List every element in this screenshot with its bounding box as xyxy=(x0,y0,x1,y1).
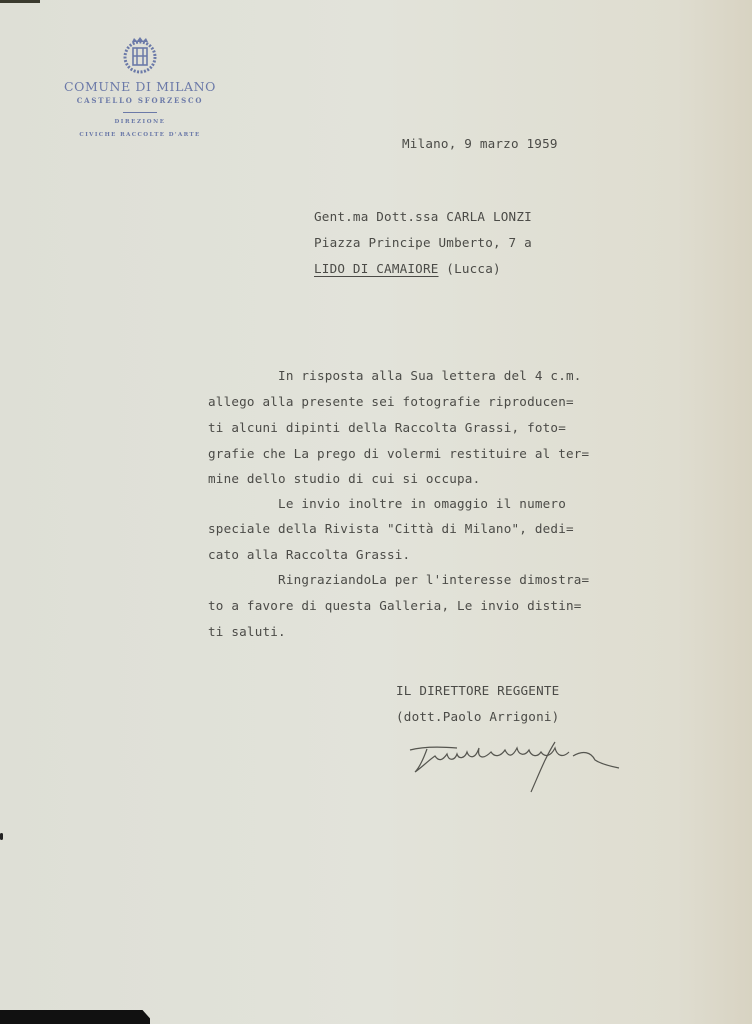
recipient-city: LIDO DI CAMAIORE xyxy=(314,261,439,276)
paper-edge-shadow xyxy=(0,0,40,3)
letter-date: Milano, 9 marzo 1959 xyxy=(402,136,558,151)
letterhead-division: CIVICHE RACCOLTE D'ARTE xyxy=(40,131,240,140)
letterhead-subtitle: CASTELLO SFORZESCO xyxy=(40,96,240,106)
letterhead-divider xyxy=(123,112,157,113)
letterhead-title: COMUNE DI MILANO xyxy=(40,79,240,95)
body-line: to a favore di questa Galleria, Le invio… xyxy=(208,598,582,613)
body-line: ti alcuni dipinti della Raccolta Grassi,… xyxy=(208,420,566,435)
signatory-name: (dott.Paolo Arrigoni) xyxy=(396,709,559,724)
coat-of-arms-icon xyxy=(121,35,159,75)
letterhead-department: DIREZIONE xyxy=(40,118,240,127)
body-line: In risposta alla Sua lettera del 4 c.m. xyxy=(208,368,582,383)
recipient-province: (Lucca) xyxy=(439,261,501,276)
signature-icon xyxy=(405,738,625,798)
body-line: Le invio inoltre in omaggio il numero xyxy=(208,496,566,511)
recipient-city-line: LIDO DI CAMAIORE (Lucca) xyxy=(314,256,501,282)
body-line: RingraziandoLa per l'interesse dimostra= xyxy=(208,572,589,587)
body-line: speciale della Rivista "Città di Milano"… xyxy=(208,521,574,536)
body-line: allego alla presente sei fotografie ripr… xyxy=(208,394,574,409)
body-line: ti saluti. xyxy=(208,624,286,639)
letterhead: COMUNE DI MILANO CASTELLO SFORZESCO DIRE… xyxy=(40,35,240,140)
body-line: grafie che La prego di volermi restituir… xyxy=(208,446,589,461)
recipient-name: Gent.ma Dott.ssa CARLA LONZI xyxy=(314,204,532,230)
recipient-street: Piazza Principe Umberto, 7 a xyxy=(314,230,532,256)
signatory-title: IL DIRETTORE REGGENTE xyxy=(396,683,559,698)
letter-page: COMUNE DI MILANO CASTELLO SFORZESCO DIRE… xyxy=(0,0,752,1024)
punch-mark xyxy=(0,833,3,840)
body-line: cato alla Raccolta Grassi. xyxy=(208,547,410,562)
paper-corner-shadow xyxy=(0,1010,150,1024)
body-line: mine dello studio di cui si occupa. xyxy=(208,471,480,486)
